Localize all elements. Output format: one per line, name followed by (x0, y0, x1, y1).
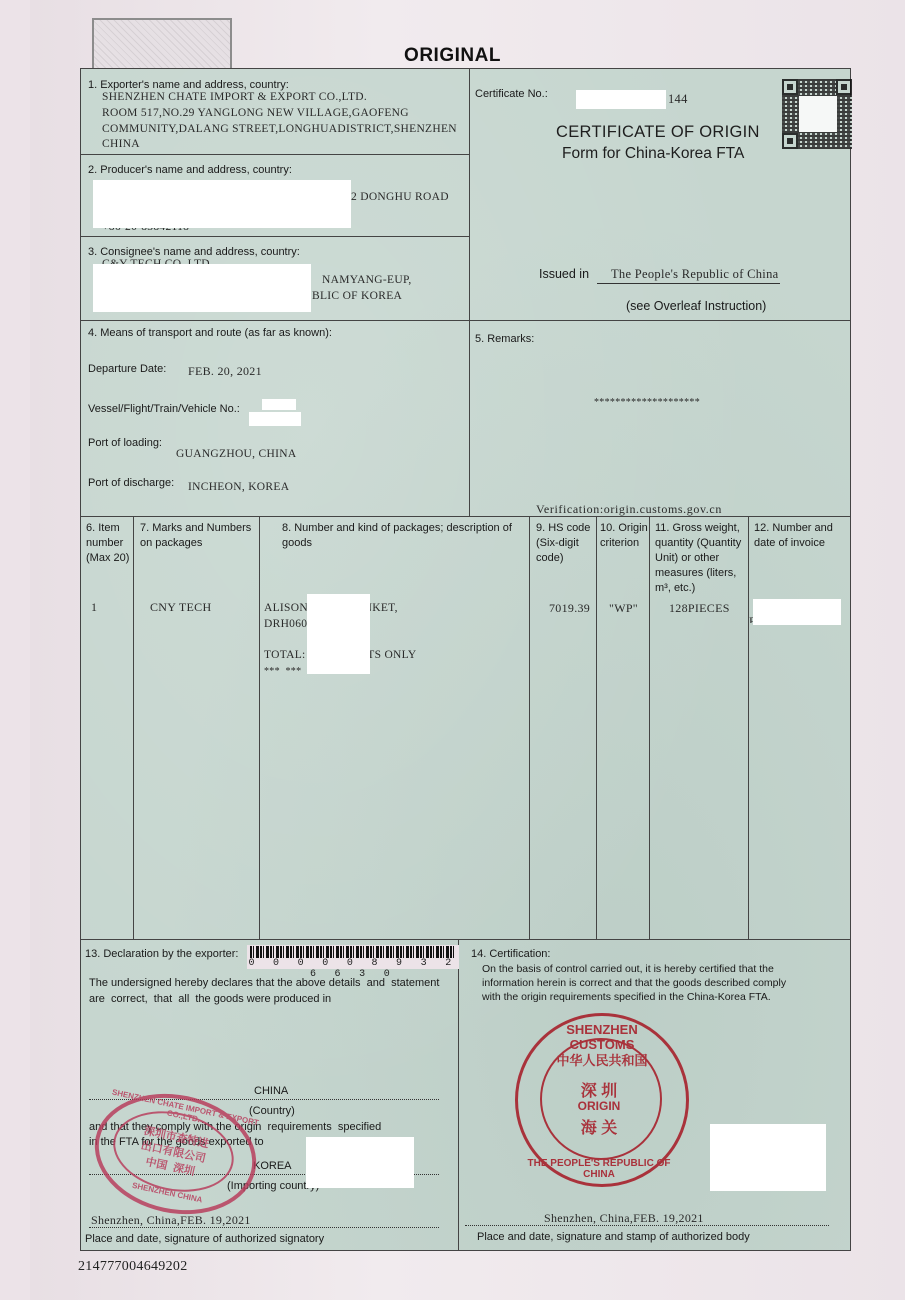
declaration-importing-country: KOREA (253, 1160, 292, 1173)
box13-label: 13. Declaration by the exporter: (85, 948, 238, 961)
redaction-block (753, 599, 841, 625)
customs-stamp-center-cn2: 海 关 (518, 1115, 680, 1138)
barcode: 0 0 0 0 0 8 9 3 2 6 6 3 0 (247, 945, 459, 969)
redaction-block (262, 399, 296, 410)
box13-declaration: 13. Declaration by the exporter: 0 0 0 0… (81, 940, 459, 1251)
box2-producer: 2. Producer's name and address, country:… (81, 155, 470, 237)
vessel-label: Vessel/Flight/Train/Vehicle No.: (88, 403, 240, 416)
port-of-loading-value: GUANGZHOU, CHINA (176, 447, 296, 463)
goods-table: 6. Item number (Max 20) 7. Marks and Num… (81, 517, 851, 940)
row-criterion: "WP" (609, 601, 638, 617)
issued-in-label: Issued in (539, 268, 589, 281)
col-criterion (597, 517, 650, 940)
customs-stamp-top: SHENZHEN CUSTOMS (538, 1022, 666, 1052)
redaction-block (93, 264, 311, 312)
exporter-signature-caption: Place and date, signature of authorized … (85, 1233, 324, 1246)
header-quantity: 11. Gross weight, quantity (Quantity Uni… (655, 521, 749, 596)
certificate-number-suffix: 144 (668, 92, 688, 108)
issued-in-value: The People's Republic of China (597, 267, 780, 284)
declaration-text: are correct, that all the goods were pro… (89, 993, 331, 1006)
row-item: 1 (91, 600, 97, 616)
box4-label: 4. Means of transport and route (as far … (88, 327, 332, 340)
box1-line: SHENZHEN CHATE IMPORT & EXPORT CO.,LTD. (102, 90, 367, 106)
dotted-line (89, 1227, 439, 1228)
original-label: ORIGINAL (0, 45, 905, 67)
header-invoice: 12. Number and date of invoice (754, 521, 844, 551)
customs-stamp-bottom: THE PEOPLE'S REPUBLIC OF CHINA (524, 1158, 674, 1180)
box1-exporter: 1. Exporter's name and address, country:… (81, 69, 470, 155)
dotted-line (465, 1225, 829, 1226)
port-of-discharge-value: INCHEON, KOREA (188, 480, 289, 496)
authority-signature-caption: Place and date, signature and stamp of a… (477, 1231, 750, 1244)
redaction-block (710, 1124, 826, 1191)
certificate-title: CERTIFICATE OF ORIGIN (556, 123, 760, 142)
box3-consignee: 3. Consignee's name and address, country… (81, 237, 470, 321)
box2-label: 2. Producer's name and address, country: (88, 164, 292, 177)
declaration-country-caption: (Country) (249, 1105, 295, 1118)
certification-text: information herein is correct and that t… (482, 977, 786, 990)
verification-url: Verification:origin.customs.gov.cn (536, 502, 722, 518)
redaction-block (93, 180, 351, 228)
redaction-block (576, 90, 666, 109)
document-serial-number: 214777004649202 (78, 1259, 188, 1275)
departure-date-value: FEB. 20, 2021 (188, 364, 262, 380)
redaction-block (799, 96, 837, 132)
customs-stamp: SHENZHEN CUSTOMS 中华人民共和国 深 圳 ORIGIN 海 关 … (515, 1013, 689, 1187)
certificate-subtitle: Form for China-Korea FTA (562, 145, 744, 163)
customs-stamp-arc: 中华人民共和国 (544, 1050, 660, 1069)
row-hs-code: 7019.39 (549, 601, 590, 617)
box5-label: 5. Remarks: (475, 333, 534, 346)
departure-date-label: Departure Date: (88, 363, 166, 376)
remarks-stars: ******************** (594, 395, 700, 411)
port-of-loading-label: Port of loading: (88, 437, 162, 450)
box1-line: CHINA (102, 137, 140, 153)
box1-line: ROOM 517,NO.29 YANGLONG NEW VILLAGE,GAOF… (102, 106, 409, 122)
col-description (260, 517, 530, 940)
box5-remarks: 5. Remarks: ******************** Verific… (470, 321, 851, 517)
port-of-discharge-label: Port of discharge: (88, 477, 174, 490)
row-quantity: 128PIECES (669, 601, 730, 617)
header-hs-code: 9. HS code (Six-digit code) (536, 521, 596, 566)
box14-label: 14. Certification: (471, 948, 550, 961)
col-item (81, 517, 134, 940)
certificate-form: 1. Exporter's name and address, country:… (80, 68, 851, 1251)
declaration-text: The undersigned hereby declares that the… (89, 977, 439, 990)
certificate-number-label: Certificate No.: (475, 88, 548, 101)
customs-stamp-center-cn1: 深 圳 (518, 1078, 680, 1101)
barcode-bars (250, 946, 456, 958)
col-hs-code (530, 517, 597, 940)
header-marks: 7. Marks and Numbers on packages (140, 521, 258, 551)
box4-transport: 4. Means of transport and route (as far … (81, 321, 470, 517)
box3-fragment: NAMYANG-EUP, (322, 273, 412, 289)
redaction-block (307, 594, 370, 674)
header-item: 6. Item number (Max 20) (86, 521, 132, 566)
box1-line: COMMUNITY,DALANG STREET,LONGHUADISTRICT,… (102, 122, 457, 138)
declaration-country: CHINA (254, 1085, 288, 1098)
customs-stamp-center-en: ORIGIN (518, 1099, 680, 1113)
header-criterion: 10. Origin criterion (600, 521, 650, 551)
col-marks (134, 517, 260, 940)
redaction-block (306, 1137, 414, 1188)
certificate-header: Certificate No.: 144 CERTIFICATE OF ORIG… (470, 69, 851, 321)
certification-text: with the origin requirements specified i… (482, 991, 771, 1004)
company-stamp: SHENZHEN CHATE IMPORT & EXPORT CO.,LTD. … (84, 1079, 268, 1228)
box14-certification: 14. Certification: On the basis of contr… (459, 940, 851, 1251)
overleaf-instruction: (see Overleaf Instruction) (626, 300, 766, 313)
header-description: 8. Number and kind of packages; descript… (282, 521, 512, 551)
row-description-line2: DRH060 (264, 617, 307, 633)
box2-fragment: 2 DONGHU ROAD (351, 190, 449, 206)
redaction-block (249, 412, 301, 426)
certification-text: On the basis of control carried out, it … (482, 963, 774, 976)
box3-fragment: C&Y TECH CO.,LTD (102, 257, 210, 264)
box3-fragment: BLIC OF KOREA (312, 289, 402, 305)
qr-code (782, 79, 852, 149)
row-marks: CNY TECH (150, 600, 211, 616)
